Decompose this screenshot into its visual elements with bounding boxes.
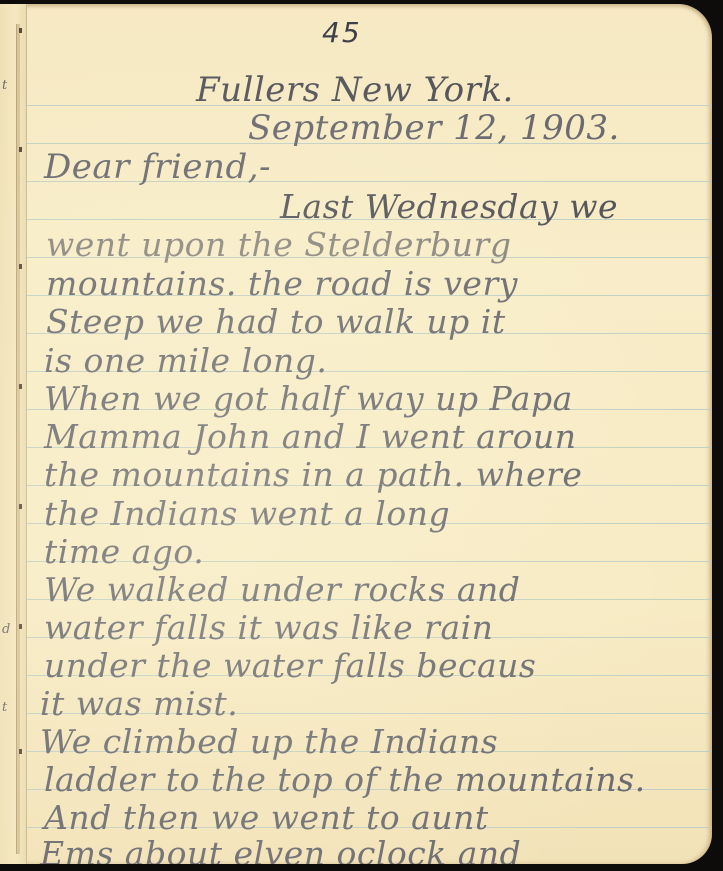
letter-date: September 12, 1903. <box>248 108 620 148</box>
stitch-mark <box>19 504 22 509</box>
letter-line: under the water falls becaus <box>44 646 536 685</box>
letter-line: Ems about elven oclock and <box>40 834 521 864</box>
margin-fragment: t <box>2 700 7 715</box>
letter-line: is one mile long. <box>44 341 327 380</box>
letter-line: When we got half way up Papa <box>44 379 573 418</box>
letter-line: water falls it was like rain <box>44 608 493 647</box>
letter-line: mountains. the road is very <box>46 264 518 303</box>
letter-line: it was mist. <box>40 684 238 723</box>
stitch-mark <box>19 28 22 33</box>
letter-line: We walked under rocks and <box>44 570 520 609</box>
stitch-mark <box>19 147 22 152</box>
letter-line: Mamma John and I went aroun <box>44 417 576 456</box>
letter-line: the Indians went a long <box>44 494 450 533</box>
letter-line: went upon the Stelderburg <box>46 225 511 264</box>
stitch-mark <box>19 624 22 629</box>
stitch-mark <box>19 749 22 754</box>
binding-gutter <box>0 4 27 864</box>
stitch-mark <box>19 384 22 389</box>
notebook-page: t d t 45 Fullers New York. September 12,… <box>0 4 712 864</box>
margin-fragment: t <box>2 78 7 93</box>
letter-line: We climbed up the Indians <box>40 722 498 761</box>
page-number: 45 <box>322 16 362 49</box>
letter-line: the mountains in a path. where <box>44 455 582 494</box>
letter-line: time ago. <box>44 532 204 571</box>
stitch-mark <box>19 264 22 269</box>
margin-fragment: d <box>2 622 10 637</box>
letter-salutation: Dear friend,- <box>44 147 271 187</box>
letter-line: And then we went to aunt <box>44 798 489 837</box>
letter-line: Steep we had to walk up it <box>46 302 506 341</box>
letter-line: Last Wednesday we <box>280 187 618 226</box>
letter-line: ladder to the top of the mountains. <box>44 760 646 799</box>
letter-place: Fullers New York. <box>196 70 514 110</box>
